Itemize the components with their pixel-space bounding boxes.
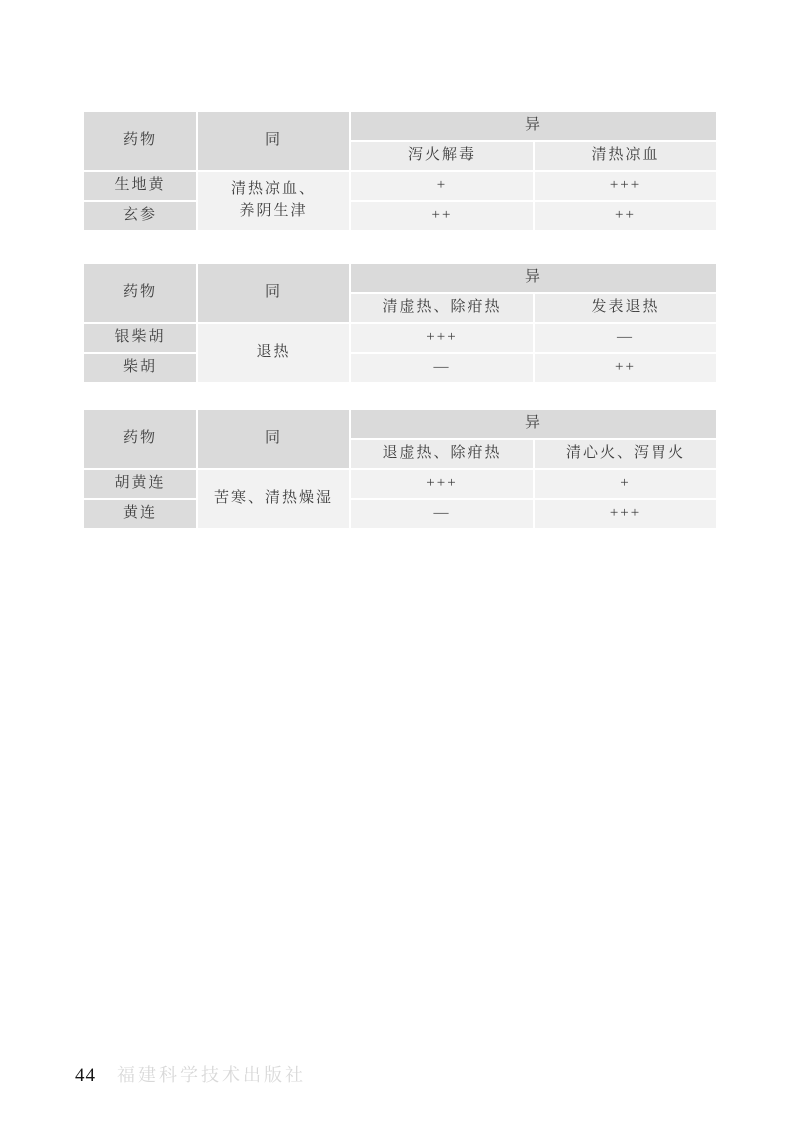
page-number: 44 xyxy=(75,1065,96,1086)
page-footer: 44 福建科学技术出版社 xyxy=(75,1061,306,1087)
same-column-header: 同 xyxy=(198,410,349,468)
value-cell: — xyxy=(535,324,716,352)
document-page: 药物 同 异 泻火解毒 清热凉血 生地黄 清热凉血、 养阴生津 + +++ 玄参… xyxy=(0,0,800,1132)
drug-column-header: 药物 xyxy=(84,264,196,322)
value-cell: +++ xyxy=(351,470,533,498)
comparison-table-yinchaihu-chaihu: 药物 同 异 清虚热、除疳热 发表退热 银柴胡 退热 +++ — 柴胡 — ++ xyxy=(82,262,718,384)
comparison-table-huhuanglian-huanglian: 药物 同 异 退虚热、除疳热 清心火、泻胃火 胡黄连 苦寒、清热燥湿 +++ +… xyxy=(82,408,718,530)
value-cell: ++ xyxy=(535,354,716,382)
table-row: 药物 同 异 xyxy=(84,112,716,140)
diff-subheader-1: 退虚热、除疳热 xyxy=(351,440,533,468)
drug-name-cell: 生地黄 xyxy=(84,172,196,200)
same-text-cell: 退热 xyxy=(198,324,349,382)
drug-column-header: 药物 xyxy=(84,112,196,170)
drug-name-cell: 柴胡 xyxy=(84,354,196,382)
diff-column-header: 异 xyxy=(351,410,716,438)
table-row: 生地黄 清热凉血、 养阴生津 + +++ xyxy=(84,172,716,200)
drug-name-cell: 银柴胡 xyxy=(84,324,196,352)
diff-column-header: 异 xyxy=(351,112,716,140)
table-row: 银柴胡 退热 +++ — xyxy=(84,324,716,352)
value-cell: +++ xyxy=(535,500,716,528)
table-row: 玄参 ++ ++ xyxy=(84,202,716,230)
drug-column-header: 药物 xyxy=(84,410,196,468)
value-cell: + xyxy=(535,470,716,498)
drug-name-cell: 玄参 xyxy=(84,202,196,230)
same-column-header: 同 xyxy=(198,112,349,170)
table-row: 药物 同 异 xyxy=(84,264,716,292)
drug-name-cell: 胡黄连 xyxy=(84,470,196,498)
value-cell: + xyxy=(351,172,533,200)
drug-name-cell: 黄连 xyxy=(84,500,196,528)
diff-subheader-2: 发表退热 xyxy=(535,294,716,322)
value-cell: ++ xyxy=(351,202,533,230)
value-cell: +++ xyxy=(351,324,533,352)
same-column-header: 同 xyxy=(198,264,349,322)
diff-subheader-2: 清心火、泻胃火 xyxy=(535,440,716,468)
table-row: 药物 同 异 xyxy=(84,410,716,438)
value-cell: +++ xyxy=(535,172,716,200)
table-row: 胡黄连 苦寒、清热燥湿 +++ + xyxy=(84,470,716,498)
diff-subheader-2: 清热凉血 xyxy=(535,142,716,170)
diff-column-header: 异 xyxy=(351,264,716,292)
table-row: 黄连 — +++ xyxy=(84,500,716,528)
value-cell: ++ xyxy=(535,202,716,230)
table-row: 柴胡 — ++ xyxy=(84,354,716,382)
same-text-cell: 清热凉血、 养阴生津 xyxy=(198,172,349,230)
diff-subheader-1: 泻火解毒 xyxy=(351,142,533,170)
value-cell: — xyxy=(351,354,533,382)
comparison-table-shengdihuang-xuanshen: 药物 同 异 泻火解毒 清热凉血 生地黄 清热凉血、 养阴生津 + +++ 玄参… xyxy=(82,110,718,232)
publisher-name: 福建科学技术出版社 xyxy=(117,1065,306,1085)
value-cell: — xyxy=(351,500,533,528)
same-text-cell: 苦寒、清热燥湿 xyxy=(198,470,349,528)
diff-subheader-1: 清虚热、除疳热 xyxy=(351,294,533,322)
